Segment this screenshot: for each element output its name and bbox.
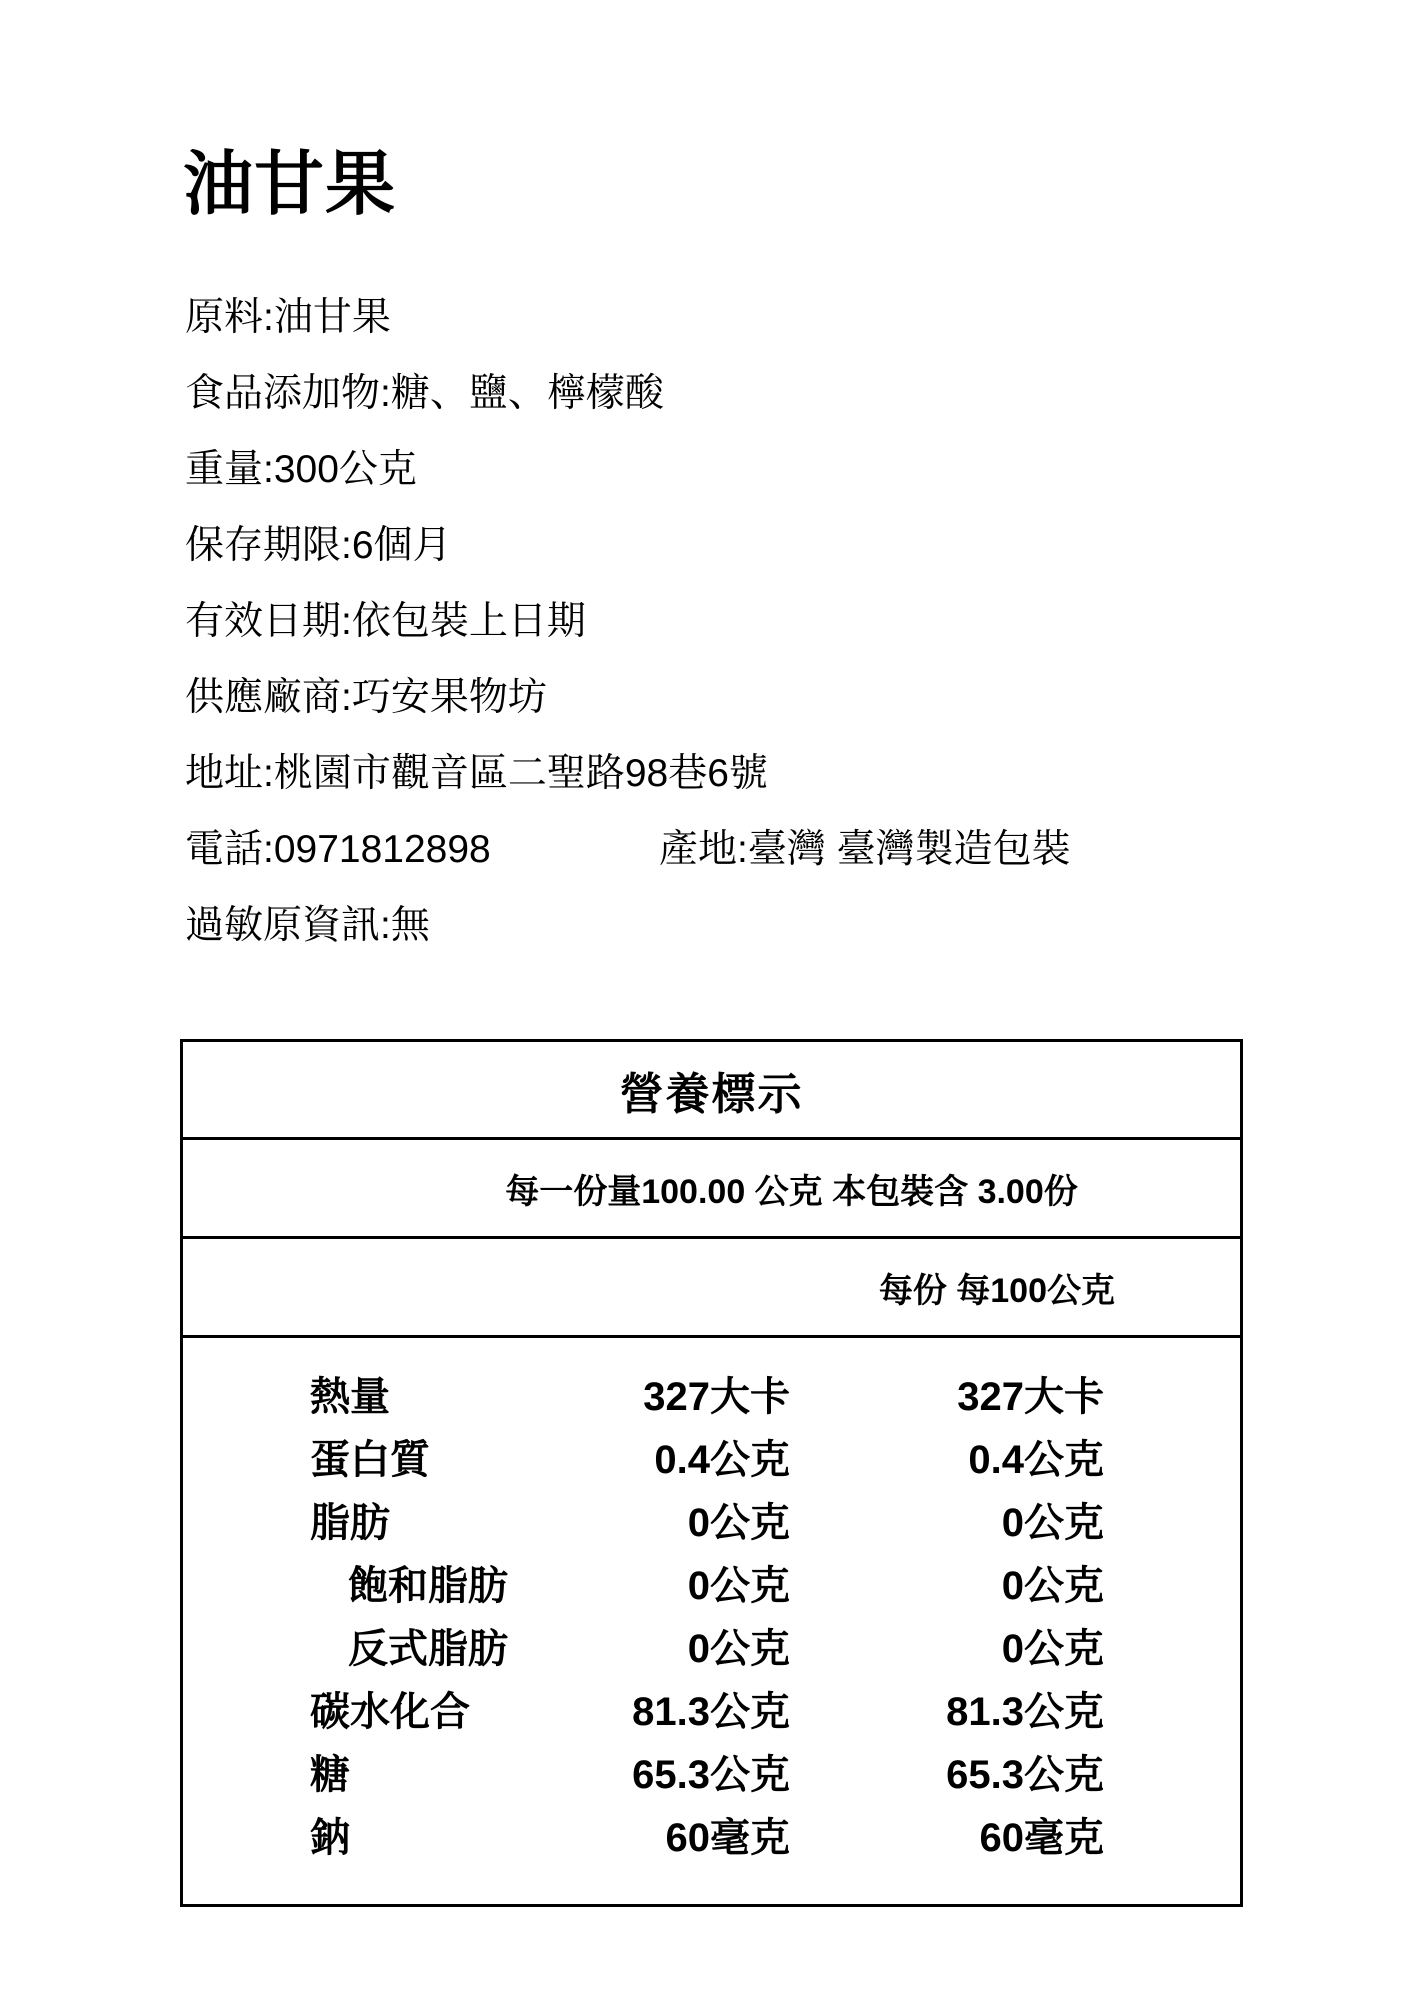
- page-title: 油甘果: [183, 146, 396, 223]
- nutrient-row-calories: 熱量 327大卡 327大卡: [310, 1362, 1104, 1425]
- nutrient-label: 脂肪: [310, 1491, 590, 1548]
- nutrition-serving-line: 每一份量100.00 公克 本包裝含 3.00份: [183, 1140, 1240, 1239]
- nutrient-per-serving-value: 327大卡: [590, 1365, 790, 1422]
- info-phone: 電話:0971812898: [185, 818, 659, 874]
- nutrient-row-sugar: 糖 65.3公克 65.3公克: [310, 1740, 1104, 1803]
- nutrient-label: 熱量: [310, 1365, 590, 1422]
- nutrient-label: 蛋白質: [310, 1428, 590, 1485]
- product-label-page: 油甘果 原料:油甘果 食品添加物:糖、鹽、檸檬酸 重量:300公克 保存期限:6…: [0, 0, 1414, 2000]
- nutrient-row-fat: 脂肪 0公克 0公克: [310, 1488, 1104, 1551]
- nutrient-per-100g-value: 327大卡: [790, 1365, 1104, 1422]
- nutrient-per-serving-value: 65.3公克: [590, 1743, 790, 1800]
- nutrient-per-serving-value: 0公克: [590, 1554, 790, 1611]
- nutrient-per-serving-value: 0.4公克: [590, 1428, 790, 1485]
- nutrition-title: 營養標示: [183, 1042, 1240, 1140]
- nutrient-label: 鈉: [310, 1806, 590, 1863]
- nutrition-column-header: 每份 每100公克: [183, 1239, 1240, 1338]
- nutrient-per-100g-value: 0.4公克: [790, 1428, 1104, 1485]
- info-ingredients: 原料:油甘果: [185, 276, 1285, 352]
- nutrient-label: 飽和脂肪: [310, 1554, 590, 1611]
- nutrient-per-serving-value: 60毫克: [590, 1806, 790, 1863]
- info-shelf-life: 保存期限:6個月: [185, 504, 1285, 580]
- info-address: 地址:桃園市觀音區二聖路98巷6號: [185, 732, 1285, 808]
- nutrient-row-sodium: 鈉 60毫克 60毫克: [310, 1803, 1104, 1866]
- info-expiry: 有效日期:依包裝上日期: [185, 580, 1285, 656]
- nutrient-row-carbohydrate: 碳水化合 81.3公克 81.3公克: [310, 1677, 1104, 1740]
- info-additives: 食品添加物:糖、鹽、檸檬酸: [185, 352, 1285, 428]
- info-allergen: 過敏原資訊:無: [185, 884, 1285, 960]
- nutrient-per-100g-value: 65.3公克: [790, 1743, 1104, 1800]
- info-supplier: 供應廠商:巧安果物坊: [185, 656, 1285, 732]
- nutrient-per-100g-value: 0公克: [790, 1617, 1104, 1674]
- nutrient-per-100g-value: 60毫克: [790, 1806, 1104, 1863]
- info-phone-origin-row: 電話:0971812898 產地:臺灣 臺灣製造包裝: [185, 808, 1285, 884]
- info-origin: 產地:臺灣 臺灣製造包裝: [659, 818, 1071, 874]
- nutrient-label: 糖: [310, 1743, 590, 1800]
- info-weight: 重量:300公克: [185, 428, 1285, 504]
- nutrition-rows: 熱量 327大卡 327大卡 蛋白質 0.4公克 0.4公克 脂肪 0公克 0公…: [183, 1338, 1240, 1904]
- nutrient-per-serving-value: 0公克: [590, 1491, 790, 1548]
- nutrient-label: 碳水化合: [310, 1680, 590, 1737]
- nutrient-row-trans-fat: 反式脂肪 0公克 0公克: [310, 1614, 1104, 1677]
- nutrient-row-protein: 蛋白質 0.4公克 0.4公克: [310, 1425, 1104, 1488]
- product-info-section: 原料:油甘果 食品添加物:糖、鹽、檸檬酸 重量:300公克 保存期限:6個月 有…: [185, 276, 1285, 960]
- nutrient-per-100g-value: 0公克: [790, 1554, 1104, 1611]
- nutrient-row-saturated-fat: 飽和脂肪 0公克 0公克: [310, 1551, 1104, 1614]
- nutrition-table: 營養標示 每一份量100.00 公克 本包裝含 3.00份 每份 每100公克 …: [180, 1039, 1243, 1907]
- nutrient-per-100g-value: 0公克: [790, 1491, 1104, 1548]
- nutrient-label: 反式脂肪: [310, 1617, 590, 1674]
- nutrient-per-100g-value: 81.3公克: [790, 1680, 1104, 1737]
- nutrient-per-serving-value: 0公克: [590, 1617, 790, 1674]
- nutrient-per-serving-value: 81.3公克: [590, 1680, 790, 1737]
